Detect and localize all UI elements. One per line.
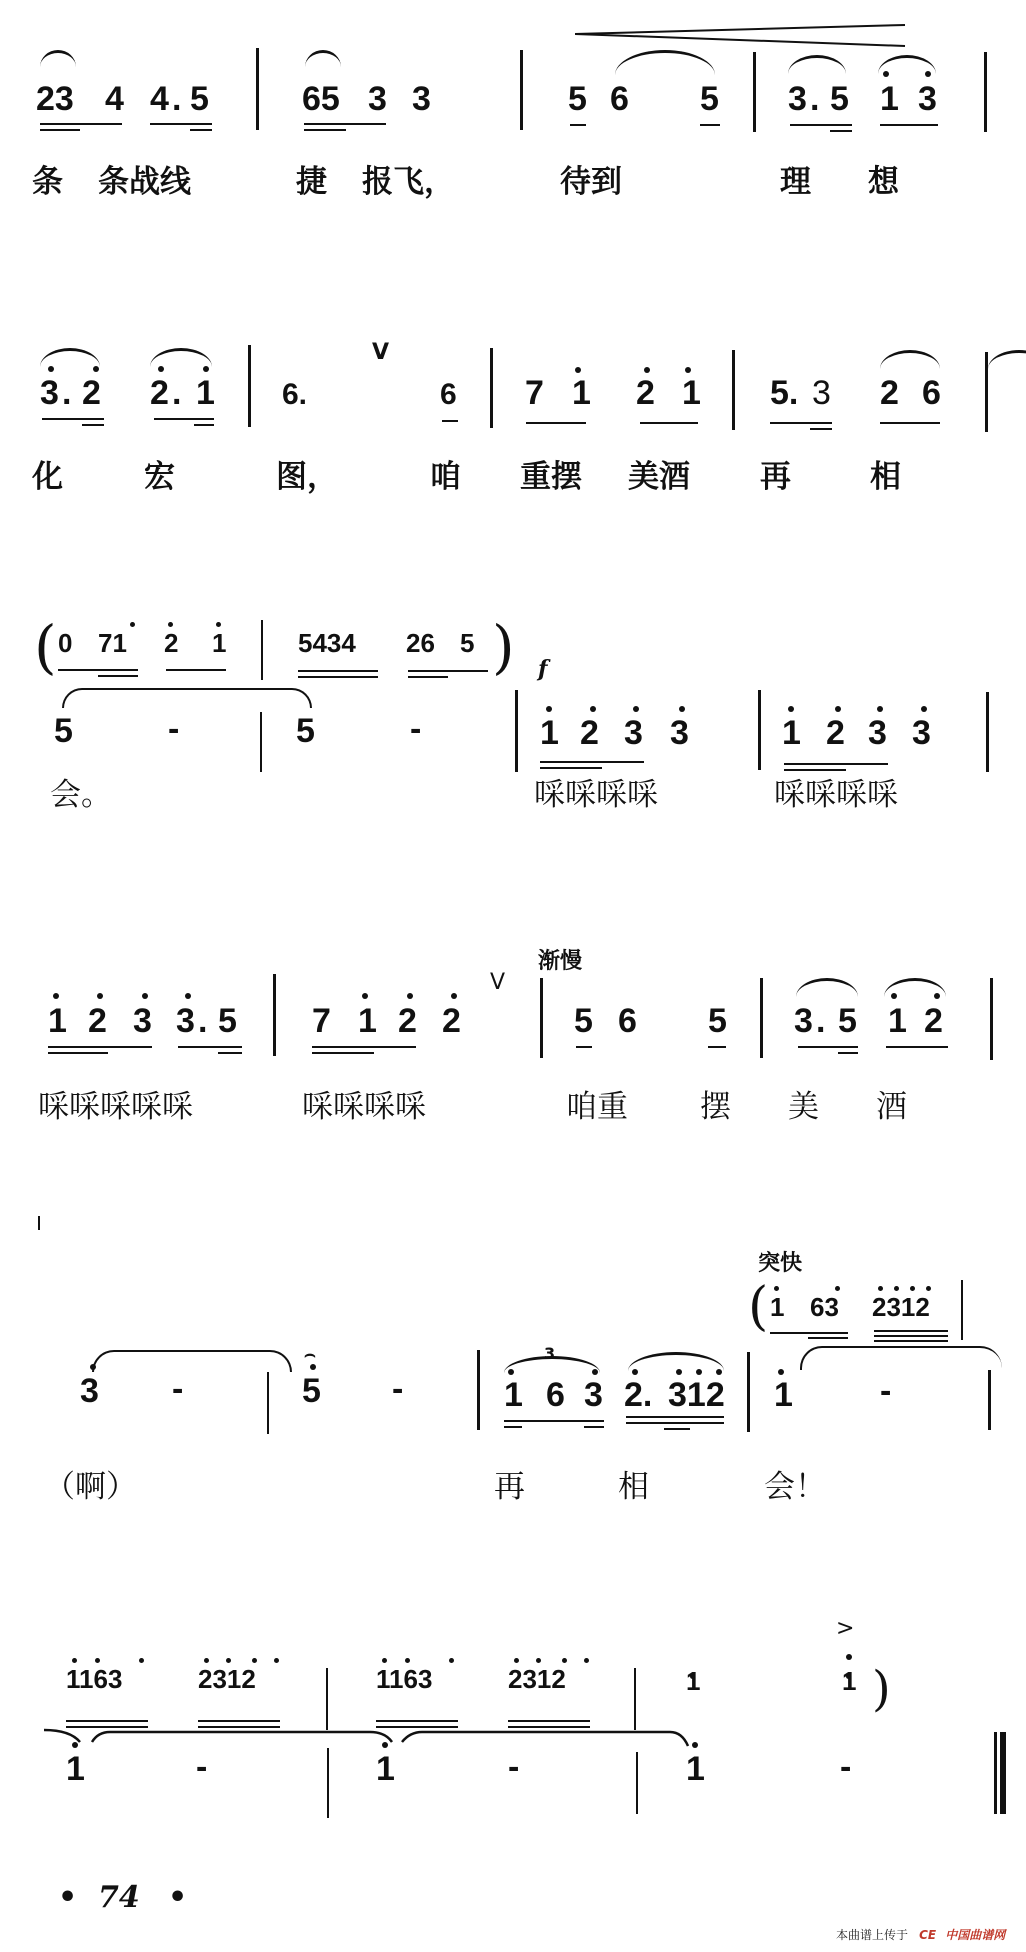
note: 3 (80, 1374, 99, 1408)
beam-line (48, 1046, 152, 1048)
tie-icon (92, 1350, 292, 1372)
note: 6 (610, 82, 629, 116)
lyric: 啋啋啋啋 (774, 778, 898, 812)
high-octave-dot-icon (632, 1369, 638, 1375)
note: 1 (540, 716, 559, 750)
high-octave-dot-icon (451, 993, 457, 999)
beam-line (808, 1337, 848, 1339)
beam-line (830, 130, 852, 132)
lyric: 啋啋啋啋啋 (38, 1090, 193, 1124)
note: 5 (830, 82, 849, 116)
lyric: 啋啋啋啋 (534, 778, 658, 812)
barline (732, 350, 735, 430)
high-octave-dot-icon (97, 993, 103, 999)
note: 5 (700, 82, 719, 116)
watermark-logo-icon: CE (919, 1928, 936, 1942)
note: 1 (212, 630, 226, 656)
beam-line (770, 1332, 848, 1334)
barline (636, 1752, 638, 1814)
beam-line (82, 424, 104, 426)
lyric: 摆 (700, 1090, 731, 1124)
note: 4 (105, 82, 124, 116)
note: 3 (788, 82, 807, 116)
note-dot: . (172, 376, 181, 410)
fermata-icon: ⌢ (304, 1344, 316, 1365)
barline (990, 978, 993, 1060)
lyric: 咱重 (566, 1090, 628, 1124)
beam-line (770, 422, 832, 424)
note: 1 (770, 1294, 784, 1320)
lyric: 图， (276, 460, 338, 494)
high-octave-dot-icon (168, 622, 173, 627)
note: 6. (282, 378, 307, 412)
note: 1 (376, 1752, 395, 1786)
beam-line (312, 1046, 416, 1048)
breath-mark: V (372, 340, 389, 365)
page-bullet-left: • (58, 1880, 77, 1915)
high-octave-dot-icon (546, 706, 552, 712)
note: 5. (770, 376, 798, 410)
slur-icon (40, 348, 100, 367)
high-octave-dot-icon (910, 1286, 915, 1291)
barline (984, 52, 987, 132)
lyric: 化 (32, 460, 63, 494)
note: 3 (624, 716, 643, 750)
beam-line (540, 767, 602, 769)
high-octave-dot-icon (449, 1658, 454, 1663)
high-octave-dot-icon (778, 1369, 784, 1375)
note: 3 (40, 376, 59, 410)
beam-line (874, 1340, 948, 1342)
note: 2 (398, 1004, 417, 1038)
barline (758, 690, 761, 770)
barline (988, 1370, 991, 1430)
watermark-brand[interactable]: 中国曲谱网 (945, 1928, 1005, 1942)
tie-icon (40, 1726, 700, 1756)
beam-line (626, 1422, 724, 1424)
beam-line (880, 124, 938, 126)
note: 5 (218, 1004, 237, 1038)
note: 1163 (376, 1666, 432, 1692)
high-octave-dot-icon (592, 1369, 598, 1375)
beam-line (700, 124, 720, 126)
high-octave-dot-icon (575, 367, 581, 373)
beam-line (304, 129, 346, 131)
lyric: （啊） (44, 1470, 137, 1504)
tempo-marking: 突快 (758, 1246, 802, 1277)
high-octave-dot-icon (894, 1286, 899, 1291)
breath-mark: V (490, 970, 505, 995)
barline (256, 48, 259, 130)
note: 1 (774, 1378, 793, 1412)
beam-line (570, 124, 586, 126)
beam-line (540, 761, 644, 763)
high-octave-dot-icon (788, 706, 794, 712)
note: 1 (196, 376, 215, 410)
beam-line (790, 124, 852, 126)
slur-icon (788, 55, 846, 74)
watermark: 本曲谱上传于 CE 中国曲谱网 (836, 1924, 1005, 1943)
beam-line (198, 1720, 280, 1722)
high-octave-dot-icon (90, 1364, 96, 1370)
beam-line (880, 422, 940, 424)
note: 5 (302, 1374, 321, 1408)
note: 2 (580, 716, 599, 750)
beam-line (504, 1426, 522, 1428)
high-octave-dot-icon (536, 1658, 541, 1663)
note: 2 (442, 1004, 461, 1038)
high-octave-dot-icon (934, 993, 940, 999)
note: 3 (584, 1378, 603, 1412)
lyric: 捷 (296, 165, 327, 199)
high-octave-dot-icon (584, 1658, 589, 1663)
watermark-text: 本曲谱上传于 (836, 1928, 908, 1942)
beam-line (166, 669, 226, 671)
note: 2 (82, 376, 101, 410)
page-number: 74 (98, 1880, 140, 1915)
note: 4 (150, 82, 169, 116)
high-octave-dot-icon (72, 1742, 78, 1748)
note-dash: - (508, 1750, 519, 1784)
lyric: 美 (788, 1090, 819, 1124)
barline (248, 345, 251, 427)
tie-icon (62, 688, 312, 708)
high-octave-dot-icon (692, 1742, 698, 1748)
slur-icon (796, 978, 858, 997)
note: 1163 (66, 1666, 122, 1692)
beam-line (504, 1420, 604, 1422)
note: 1 (66, 1752, 85, 1786)
beam-line (408, 670, 488, 672)
barline (327, 1748, 329, 1818)
lyric: 会！ (764, 1470, 826, 1504)
barline (515, 690, 518, 772)
high-octave-dot-icon (633, 706, 639, 712)
beam-line (40, 129, 80, 131)
beam-line (312, 1052, 374, 1054)
note: 5 (568, 82, 587, 116)
barline (273, 974, 276, 1056)
barline (520, 50, 523, 130)
barline (326, 1668, 328, 1730)
high-octave-dot-icon (774, 1286, 779, 1291)
barline (986, 692, 989, 772)
note: 3 (133, 1004, 152, 1038)
high-octave-dot-icon (382, 1658, 387, 1663)
note: 6 (922, 376, 941, 410)
beam-line (874, 1330, 948, 1332)
note: 1 (686, 1752, 705, 1786)
beam-line (626, 1416, 724, 1418)
barline (747, 1352, 750, 1432)
paren-close: ) (872, 1660, 891, 1718)
note: 6 (440, 378, 457, 412)
barline (260, 712, 262, 772)
barline (961, 1280, 963, 1340)
high-octave-dot-icon (925, 71, 931, 77)
paren-open: ( (748, 1278, 768, 1336)
note: 2 (880, 376, 899, 410)
note: 2312 (508, 1666, 566, 1692)
note: 1 (842, 1668, 856, 1694)
final-barline-thick (1000, 1732, 1006, 1814)
beam-line (150, 123, 212, 125)
beam-line (408, 676, 448, 678)
lyric: 待到 (560, 165, 622, 199)
note: 3 (868, 716, 887, 750)
lyric: 酒 (876, 1090, 907, 1124)
high-octave-dot-icon (142, 993, 148, 999)
paren-open: ( (34, 618, 57, 676)
high-octave-dot-icon (216, 622, 221, 627)
beam-line (526, 422, 586, 424)
lyric: 咱 (430, 460, 461, 494)
beam-line (874, 1335, 948, 1337)
staccato-dot-icon (846, 1654, 852, 1660)
slur-icon (988, 350, 1026, 369)
high-octave-dot-icon (676, 1369, 682, 1375)
note-dash: - (196, 1750, 207, 1784)
page-bullet-right: • (168, 1880, 187, 1915)
high-octave-dot-icon (158, 366, 164, 372)
note: 2312 (872, 1294, 930, 1320)
high-octave-dot-icon (835, 706, 841, 712)
slur-icon (615, 50, 715, 75)
note-dot: . (62, 376, 71, 410)
high-octave-dot-icon (716, 1369, 722, 1375)
beam-line (304, 123, 386, 125)
beam-line (838, 1052, 858, 1054)
note: 5 (54, 714, 73, 748)
beam-line (178, 1046, 242, 1048)
note: 2 (924, 1004, 943, 1038)
beam-line (886, 1046, 948, 1048)
barline (267, 1372, 269, 1434)
lyric: 相 (618, 1470, 649, 1504)
note: 5 (460, 630, 474, 656)
note: 2 (88, 1004, 107, 1038)
beam-line (66, 1720, 148, 1722)
high-octave-dot-icon (514, 1658, 519, 1663)
high-octave-dot-icon (508, 1369, 514, 1375)
beam-line (58, 669, 138, 671)
beam-line (810, 428, 832, 430)
lyric: 理 (780, 165, 811, 199)
high-octave-dot-icon (846, 1674, 851, 1679)
high-octave-dot-icon (590, 706, 596, 712)
high-octave-dot-icon (204, 1658, 209, 1663)
lyric: 会。 (50, 778, 112, 812)
lyric: 重摆 (520, 460, 582, 494)
beam-line (784, 769, 846, 771)
note: 1 (504, 1378, 523, 1412)
high-octave-dot-icon (252, 1658, 257, 1663)
barline (540, 978, 543, 1058)
note-dash: - (168, 712, 179, 746)
note: 5434 (298, 630, 356, 656)
high-octave-dot-icon (696, 1369, 702, 1375)
note: 5 (838, 1004, 857, 1038)
note: 312 (668, 1378, 725, 1412)
high-octave-dot-icon (226, 1658, 231, 1663)
note: 7 (312, 1004, 331, 1038)
beam-line (190, 129, 212, 131)
beam-line (298, 676, 378, 678)
lyric: 条 (32, 165, 63, 199)
barline (261, 620, 263, 680)
high-octave-dot-icon (685, 367, 691, 373)
beam-line (640, 422, 698, 424)
note: 2 (164, 630, 178, 656)
beam-line (42, 418, 104, 420)
lyric: 条战线 (98, 165, 191, 199)
note: 26 (406, 630, 435, 656)
note: 3 (670, 716, 689, 750)
barline (985, 352, 988, 432)
slur-icon (628, 1352, 724, 1371)
high-octave-dot-icon (139, 1658, 144, 1663)
high-octave-dot-icon (835, 1286, 840, 1291)
high-octave-dot-icon (382, 1742, 388, 1748)
beam-line (194, 424, 214, 426)
note: 3 (412, 82, 431, 116)
note: 1 (572, 376, 591, 410)
high-octave-dot-icon (48, 366, 54, 372)
note: 1 (686, 1668, 700, 1694)
note: 1 (358, 1004, 377, 1038)
note: 3 (794, 1004, 813, 1038)
high-octave-dot-icon (921, 706, 927, 712)
lyric: 再 (494, 1470, 525, 1504)
tempo-marking: 渐慢 (538, 944, 582, 975)
lyric: 宏 (144, 460, 175, 494)
note: 6 (618, 1004, 637, 1038)
note: 65 (302, 82, 340, 116)
lyric: 相 (870, 460, 901, 494)
high-octave-dot-icon (405, 1658, 410, 1663)
barline (760, 978, 763, 1058)
note: 3 (918, 82, 937, 116)
note: 3 (368, 82, 387, 116)
lyric: 想 (868, 165, 899, 199)
beam-line (508, 1720, 590, 1722)
note: 0 (58, 630, 72, 656)
note: 6 (546, 1378, 565, 1412)
barline (634, 1668, 636, 1730)
accent-mark: > (836, 1616, 854, 1641)
barline (490, 348, 493, 428)
triplet-number: 3 (544, 1344, 555, 1363)
high-octave-dot-icon (185, 993, 191, 999)
beam-line (584, 1426, 604, 1428)
high-octave-dot-icon (72, 1658, 77, 1663)
beam-line (154, 418, 214, 420)
beam-line (376, 1720, 458, 1722)
high-octave-dot-icon (679, 706, 685, 712)
note: 1 (782, 716, 801, 750)
barline (477, 1350, 480, 1430)
note: 1 (682, 376, 701, 410)
high-octave-dot-icon (203, 366, 209, 372)
beam-line (708, 1046, 726, 1048)
high-octave-dot-icon (93, 366, 99, 372)
beam-line (798, 1046, 858, 1048)
slur-icon (40, 50, 76, 67)
note: 3 (912, 716, 931, 750)
decrescendo-hairpin-icon (575, 22, 915, 52)
note-dash: - (880, 1374, 891, 1408)
beam-line (218, 1052, 242, 1054)
lyric: 报飞， (362, 165, 455, 199)
barline (753, 52, 756, 132)
note: 1 (888, 1004, 907, 1038)
high-octave-dot-icon (562, 1658, 567, 1663)
high-octave-dot-icon (883, 71, 889, 77)
high-octave-dot-icon (878, 1286, 883, 1291)
note: 63 (810, 1294, 839, 1320)
note-dot: . (810, 82, 819, 116)
note-dash: - (392, 1372, 403, 1406)
note-dot: . (172, 82, 181, 116)
note: 2 (150, 376, 169, 410)
note: 1 (48, 1004, 67, 1038)
high-octave-dot-icon (95, 1658, 100, 1663)
final-barline-thin (994, 1732, 997, 1814)
note-dot: . (198, 1004, 207, 1038)
beam-line (298, 670, 378, 672)
high-octave-dot-icon (407, 993, 413, 999)
stray-mark (38, 1216, 40, 1230)
lyric: 美酒 (628, 460, 690, 494)
note: 71 (98, 630, 127, 656)
slur-icon (880, 350, 940, 369)
note: 5 (574, 1004, 593, 1038)
slur-icon (150, 348, 212, 367)
beam-line (442, 420, 458, 422)
lyric: 啋啋啋啋 (302, 1090, 426, 1124)
beam-line (40, 123, 122, 125)
note: 5 (708, 1004, 727, 1038)
high-octave-dot-icon (53, 993, 59, 999)
note: 2 (636, 376, 655, 410)
note: 2. (624, 1378, 652, 1412)
high-octave-dot-icon (644, 367, 650, 373)
note-dash: - (840, 1750, 851, 1784)
beam-line (48, 1052, 108, 1054)
tie-icon (800, 1346, 1002, 1370)
note: 3 (176, 1004, 195, 1038)
lyric: 再 (760, 460, 791, 494)
slur-icon (305, 50, 341, 67)
paren-close: ) (492, 618, 515, 676)
high-octave-dot-icon (274, 1658, 279, 1663)
dynamic-forte: f (538, 656, 547, 682)
note: 3 (812, 376, 831, 410)
beam-line (664, 1428, 690, 1430)
high-octave-dot-icon (130, 622, 135, 627)
note: 23 (36, 82, 74, 116)
note: 2 (826, 716, 845, 750)
note-dot: . (816, 1004, 825, 1038)
note: 7 (525, 376, 544, 410)
note: 5 (296, 714, 315, 748)
note: 1 (880, 82, 899, 116)
note-dash: - (172, 1372, 183, 1406)
high-octave-dot-icon (926, 1286, 931, 1291)
high-octave-dot-icon (891, 993, 897, 999)
high-octave-dot-icon (877, 706, 883, 712)
note-dash: - (410, 712, 421, 746)
